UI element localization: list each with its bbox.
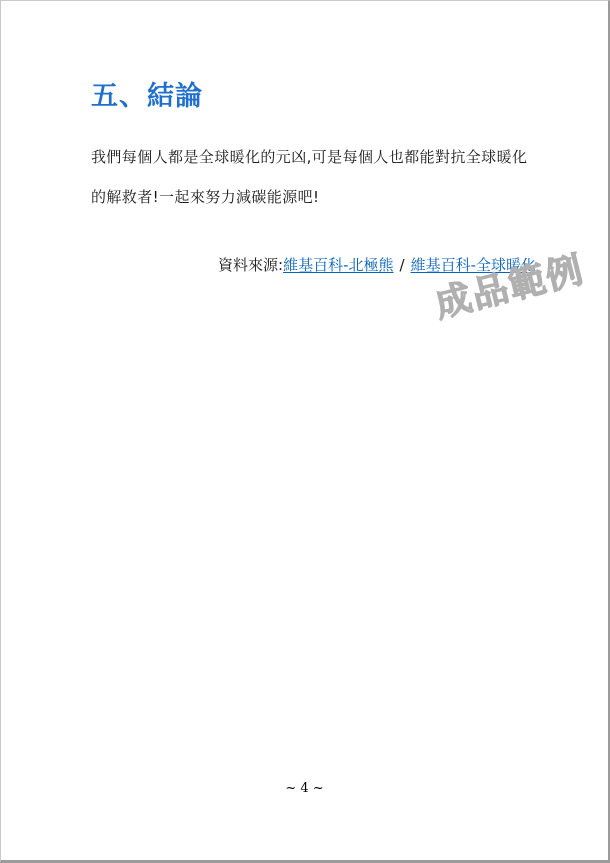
page-number: ~ 4 ~ xyxy=(1,781,608,797)
source-label: 資料來源: xyxy=(218,256,283,274)
body-paragraph-line-2: 的解救者!一起來努力減碳能源吧! xyxy=(91,187,319,207)
source-link-global-warming[interactable]: 維基百科-全球暖化 xyxy=(411,256,536,274)
document-page: 五、結論 我們每個人都是全球暖化的元凶,可是每個人也都能對抗全球暖化 的解救者!… xyxy=(0,0,610,863)
source-separator: / xyxy=(400,255,405,275)
source-line: 資料來源:維基百科-北極熊/維基百科-全球暖化 xyxy=(218,255,536,275)
section-heading: 五、結論 xyxy=(91,81,203,113)
body-paragraph-line-1: 我們每個人都是全球暖化的元凶,可是每個人也都能對抗全球暖化 xyxy=(91,147,527,167)
source-link-polar-bear[interactable]: 維基百科-北極熊 xyxy=(283,256,393,274)
